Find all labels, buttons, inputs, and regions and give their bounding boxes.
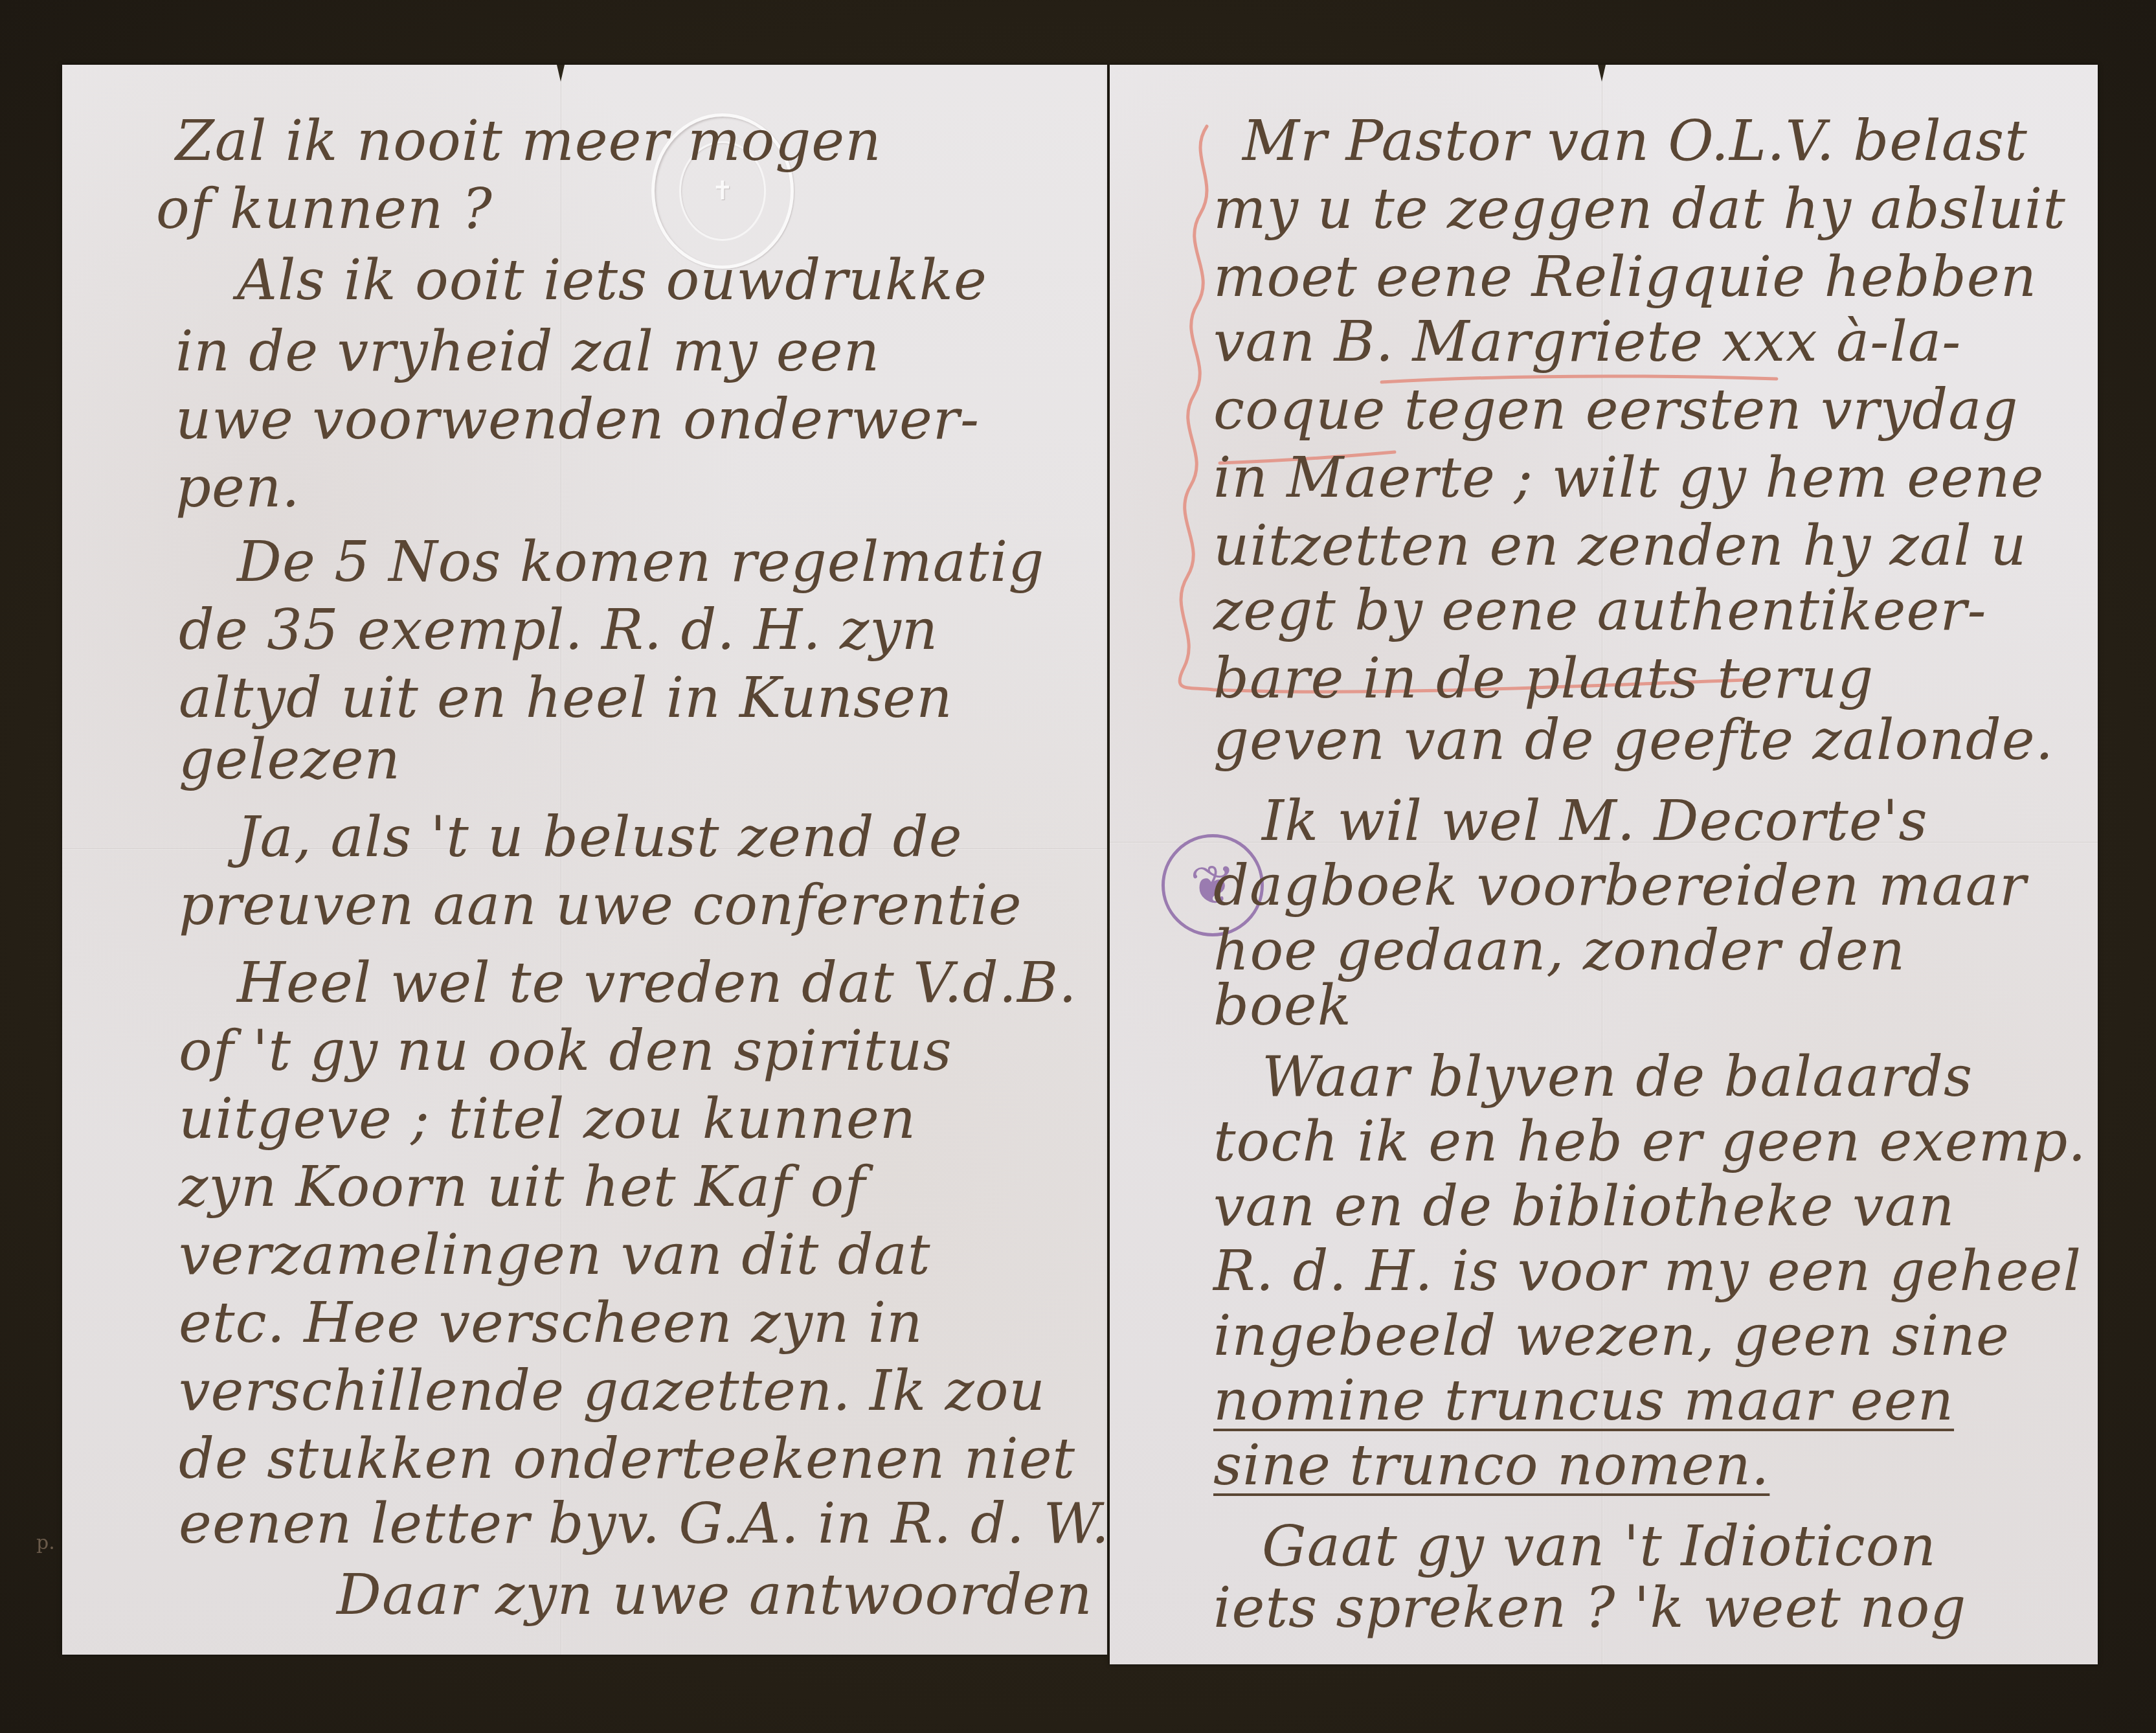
letter-line: my u te zeggen dat hy absluit	[1213, 181, 2066, 237]
letter-line: of 't gy nu ook den spiritus	[179, 1023, 952, 1079]
letter-line: uitzetten en zenden hy zal u	[1213, 518, 2027, 574]
letter-line: geven van de geefte zalonde.	[1213, 712, 2054, 768]
letter-line: verschillende gazetten. Ik zou	[179, 1363, 1046, 1419]
letter-page-right: ❦ Mr Pastor van O.L.V. belast my u te ze…	[1110, 65, 2098, 1664]
margin-mark: p.	[36, 1532, 55, 1554]
letter-line: eenen letter byv. G.A. in R. d. W.	[179, 1496, 1110, 1552]
letter-line: de 35 exempl. R. d. H. zyn	[179, 602, 938, 658]
letter-line: iets spreken ? 'k weet nog	[1213, 1580, 1966, 1636]
letter-line: Als ik ooit iets ouwdrukke	[237, 253, 987, 308]
letter-page-left: ✝ Zal ik nooit meer mogen of kunnen ? Al…	[62, 65, 1107, 1655]
letter-line: verzamelingen van dit dat	[179, 1227, 931, 1283]
letter-line: toch ik en heb er geen exemp.	[1213, 1114, 2087, 1170]
letter-line: De 5 Nos komen regelmatig	[237, 534, 1044, 590]
letter-line: zegt by eene authentikeer-	[1213, 583, 1987, 639]
letter-line: van en de bibliotheke van	[1213, 1179, 1955, 1234]
letter-line: dagboek voorbereiden maar	[1213, 858, 2027, 914]
letter-line: Ja, als 't u belust zend de	[237, 810, 963, 865]
letter-line: preuven aan uwe conferentie	[179, 878, 1022, 933]
letter-line: Waar blyven de balaards	[1262, 1049, 1973, 1105]
letter-line: uwe voorwenden onderwer-	[175, 392, 980, 447]
letter-line: Daar zyn uwe antwoorden	[337, 1567, 1093, 1623]
letter-line: Mr Pastor van O.L.V. belast	[1242, 113, 2028, 169]
letter-line: boek	[1213, 978, 1352, 1034]
letter-line: Zal ik nooit meer mogen	[175, 113, 882, 169]
letter-line: Ik wil wel M. Decorte's	[1262, 793, 1928, 849]
letter-line: hoe gedaan, zonder den	[1213, 923, 1905, 979]
letter-line: de stukken onderteekenen niet	[179, 1431, 1075, 1487]
letter-line: Heel wel te vreden dat V.d.B.	[237, 955, 1077, 1011]
letter-line: gelezen	[179, 732, 401, 787]
letter-line: of kunnen ?	[156, 181, 493, 237]
letter-line: R. d. H. is voor my een geheel	[1213, 1243, 2082, 1299]
letter-line: nomine truncus maar een	[1213, 1373, 1954, 1429]
letter-line: moet eene Religquie hebben	[1213, 249, 2037, 305]
letter-line: in Maerte ; wilt gy hem eene	[1213, 450, 2044, 506]
paper-nick	[557, 65, 565, 82]
letter-line: ingebeeld wezen, geen sine	[1213, 1308, 2010, 1364]
letter-line: etc. Hee verscheen zyn in	[179, 1295, 923, 1351]
letter-line: pen.	[175, 460, 300, 515]
letter-line: bare in de plaats terug	[1213, 651, 1874, 707]
letter-line: Gaat gy van 't Idioticon	[1262, 1519, 1937, 1574]
letter-line: in de vryheid zal my een	[175, 324, 880, 379]
letter-line: van B. Margriete xxx à-la-	[1213, 314, 1961, 370]
letter-line: sine trunco nomen.	[1213, 1438, 1769, 1493]
letter-line: altyd uit en heel in Kunsen	[179, 670, 953, 726]
paper-nick	[1598, 65, 1606, 82]
letter-line: zyn Koorn uit het Kaf of	[179, 1159, 866, 1215]
letter-line: coque tegen eersten vrydag	[1213, 382, 2019, 438]
letter-line: uitgeve ; titel zou kunnen	[179, 1091, 916, 1147]
